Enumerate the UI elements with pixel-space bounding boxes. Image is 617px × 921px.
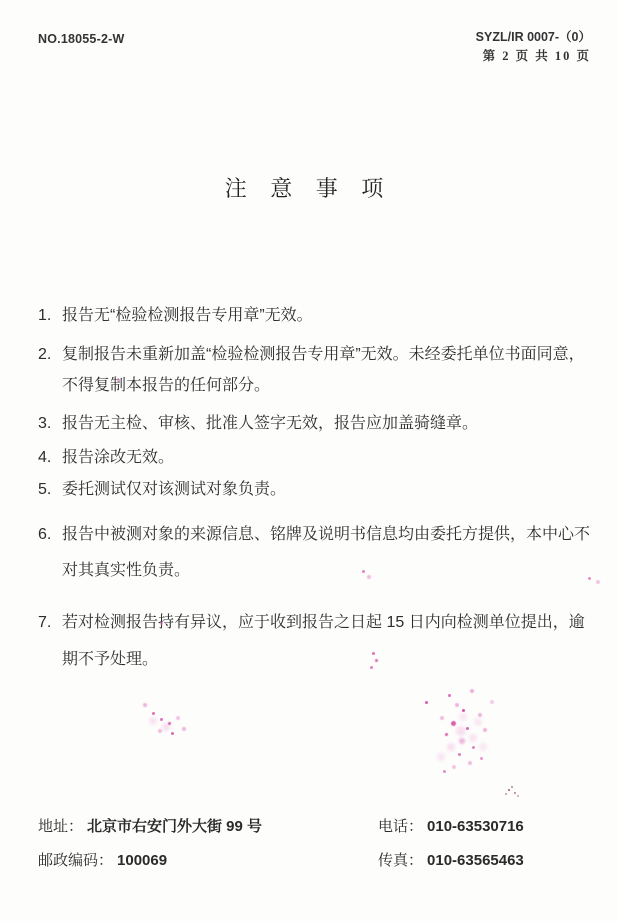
address-line: 地址：北京市右安门外大街 99 号 bbox=[38, 817, 262, 837]
notice-item: 1. 报告无“检验检测报告专用章”无效。 bbox=[38, 301, 598, 331]
fax-label: 传真： bbox=[378, 853, 423, 869]
notice-text: 报告无主检、审核、批准人签字无效，报告应加盖骑缝章。 bbox=[62, 409, 598, 439]
notice-item: 6. 报告中被测对象的来源信息、铭牌及说明书信息均由委托方提供，本中心不对其真实… bbox=[38, 517, 598, 589]
notice-number: 1. bbox=[38, 301, 62, 331]
ink-speckle-cluster bbox=[0, 0, 3, 3]
notice-text: 报告涂改无效。 bbox=[62, 443, 598, 473]
doc-number: NO.18055-2-W bbox=[38, 32, 124, 46]
notice-item: 3. 报告无主检、审核、批准人签字无效，报告应加盖骑缝章。 bbox=[38, 409, 598, 439]
ink-speckle-cluster bbox=[0, 0, 2, 2]
notice-item: 5. 委托测试仅对该测试对象负责。 bbox=[38, 475, 598, 505]
address-label: 地址： bbox=[38, 819, 83, 835]
phone-label: 电话： bbox=[378, 819, 423, 835]
postal-line: 邮政编码：100069 bbox=[38, 851, 262, 871]
form-code: SYZL/IR 0007-（0） bbox=[476, 28, 591, 47]
document-page: NO.18055-2-W SYZL/IR 0007-（0） 第 2 页 共 10… bbox=[0, 0, 617, 921]
notice-number: 3. bbox=[38, 409, 62, 439]
ink-speckle-cluster bbox=[0, 0, 6, 6]
notice-number: 2. bbox=[38, 339, 62, 401]
notice-text: 报告中被测对象的来源信息、铭牌及说明书信息均由委托方提供，本中心不对其真实性负责… bbox=[62, 517, 598, 589]
header-right: SYZL/IR 0007-（0） 第 2 页 共 10 页 bbox=[476, 28, 591, 66]
notice-list: 1. 报告无“检验检测报告专用章”无效。 2. 复制报告未重新加盖“检验检测报告… bbox=[38, 301, 598, 678]
footer-left: 地址：北京市右安门外大街 99 号 邮政编码：100069 bbox=[38, 817, 262, 885]
postal-value: 100069 bbox=[117, 852, 167, 869]
fax-value: 010-63565463 bbox=[427, 852, 524, 869]
notice-text: 报告无“检验检测报告专用章”无效。 bbox=[62, 301, 598, 331]
notice-text: 委托测试仅对该测试对象负责。 bbox=[62, 475, 598, 505]
notice-number: 4. bbox=[38, 443, 62, 473]
notice-item: 4. 报告涂改无效。 bbox=[38, 443, 598, 473]
page-indicator: 第 2 页 共 10 页 bbox=[476, 47, 591, 66]
footer-right: 电话：010-63530716 传真：010-63565463 bbox=[378, 817, 524, 885]
address-value: 北京市右安门外大街 99 号 bbox=[87, 818, 262, 835]
notice-text: 若对检测报告持有异议，应于收到报告之日起 15 日内向检测单位提出，逾期不予处理… bbox=[62, 604, 598, 678]
page-title: 注 意 事 项 bbox=[0, 172, 617, 203]
fax-line: 传真：010-63565463 bbox=[378, 851, 524, 871]
phone-value: 010-63530716 bbox=[427, 818, 524, 835]
notice-item: 7. 若对检测报告持有异议，应于收到报告之日起 15 日内向检测单位提出，逾期不… bbox=[38, 604, 598, 678]
ink-speckle-cluster bbox=[0, 0, 4, 4]
phone-line: 电话：010-63530716 bbox=[378, 817, 524, 837]
postal-label: 邮政编码： bbox=[38, 853, 113, 869]
notice-number: 5. bbox=[38, 475, 62, 505]
notice-item: 2. 复制报告未重新加盖“检验检测报告专用章”无效。未经委托单位书面同意，不得复… bbox=[38, 339, 598, 401]
notice-number: 7. bbox=[38, 604, 62, 678]
notice-text: 复制报告未重新加盖“检验检测报告专用章”无效。未经委托单位书面同意，不得复制本报… bbox=[62, 339, 598, 401]
notice-number: 6. bbox=[38, 517, 62, 589]
